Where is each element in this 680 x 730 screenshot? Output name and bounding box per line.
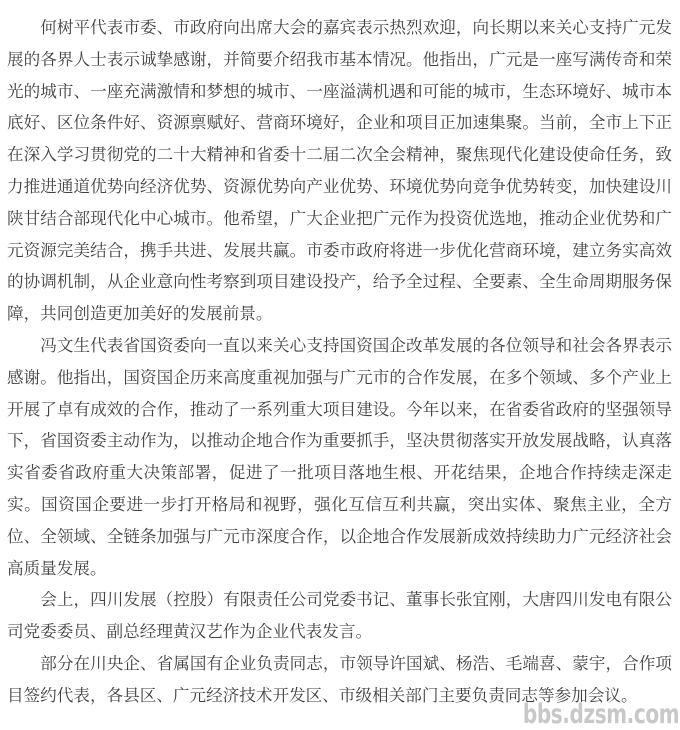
- paragraph-welcome-remarks: 何树平代表市委、市政府向出席大会的嘉宾表示热烈欢迎，向长期以来关心支持广元发展的…: [7, 12, 672, 330]
- article-body: 何树平代表市委、市政府向出席大会的嘉宾表示热烈欢迎，向长期以来关心支持广元发展的…: [0, 0, 680, 712]
- paragraph-attendees: 部分在川央企、省属国有企业负责同志，市领导许国斌、杨浩、毛端喜、蒙宇，合作项目签…: [7, 648, 672, 712]
- paragraph-sasac-remarks: 冯文生代表省国资委向一直以来关心支持国资国企改革发展的各位领导和社会各界表示感谢…: [7, 330, 672, 584]
- paragraph-enterprise-speeches: 会上，四川发展（控股）有限责任公司党委书记、董事长张宜刚，大唐四川发电有限公司党…: [7, 584, 672, 648]
